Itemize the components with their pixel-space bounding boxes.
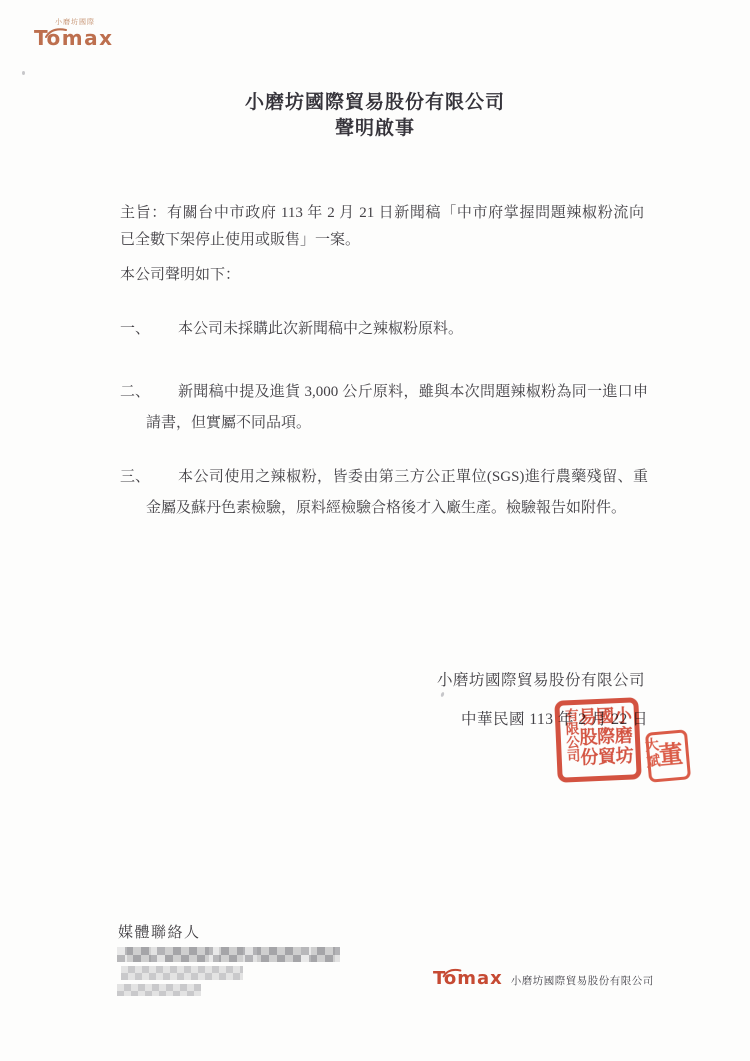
scan-speck <box>440 692 445 698</box>
item-number: 一、 <box>120 314 150 345</box>
personal-seal-text: 董 大斌 <box>651 735 684 777</box>
item-text: 本公司未採購此次新聞稿中之辣椒粉原料。 <box>120 314 648 345</box>
pan-handle-icon <box>44 21 68 43</box>
statement-item-2: 二、 新聞稿中提及進貨 3,000 公斤原料，雖與本次問題辣椒粉為同一進口申請書… <box>120 377 648 438</box>
media-contact-label: 媒體聯絡人 <box>118 921 201 942</box>
item-number: 三、 <box>120 462 150 493</box>
subject-paragraph: 主旨：有關台中市政府 113 年 2 月 21 日新聞稿「中市府掌握問題辣椒粉流… <box>120 200 644 254</box>
personal-name-seal-stamp: 董 大斌 <box>645 729 691 782</box>
item-number: 二、 <box>120 377 150 408</box>
pan-handle-icon <box>442 963 462 983</box>
seal-column: 小磨坊 <box>614 706 633 773</box>
logo-brand-text: Tomax <box>34 27 113 49</box>
company-name-title: 小磨坊國際貿易股份有限公司 <box>0 90 750 116</box>
scan-speck <box>22 71 25 75</box>
seal-column: 董 <box>657 735 684 777</box>
tomax-logo: 小磨坊國際 Tomax <box>34 18 113 49</box>
statement-title: 聲明啟事 <box>0 116 750 142</box>
item-text: 新聞稿中提及進貨 3,000 公斤原料，雖與本次問題辣椒粉為同一進口申請書，但實… <box>120 377 648 438</box>
redacted-contact-extra <box>117 984 201 996</box>
item-text: 本公司使用之辣椒粉，皆委由第三方公正單位(SGS)進行農藥殘留、重金屬及蘇丹色素… <box>120 462 648 523</box>
redacted-contact-name <box>117 947 340 962</box>
redacted-contact-phone <box>121 966 243 980</box>
signature-company-name: 小磨坊國際貿易股份有限公司 <box>437 668 645 690</box>
document-title: 小磨坊國際貿易股份有限公司 聲明啟事 <box>0 90 750 142</box>
statement-item-1: 一、 本公司未採購此次新聞稿中之辣椒粉原料。 <box>120 314 648 345</box>
footer-brand-text: Tomax <box>433 969 503 989</box>
company-seal-text: 小磨坊 國際貿 易股份 有限公司 <box>564 706 633 775</box>
footer-logo-row: Tomax 小磨坊國際貿易股份有限公司 <box>433 969 654 989</box>
statement-item-3: 三、 本公司使用之辣椒粉，皆委由第三方公正單位(SGS)進行農藥殘留、重金屬及蘇… <box>120 462 648 523</box>
company-seal-stamp: 小磨坊 國際貿 易股份 有限公司 <box>554 697 641 783</box>
footer-company-name: 小磨坊國際貿易股份有限公司 <box>511 973 654 988</box>
statement-intro: 本公司聲明如下： <box>120 265 240 285</box>
